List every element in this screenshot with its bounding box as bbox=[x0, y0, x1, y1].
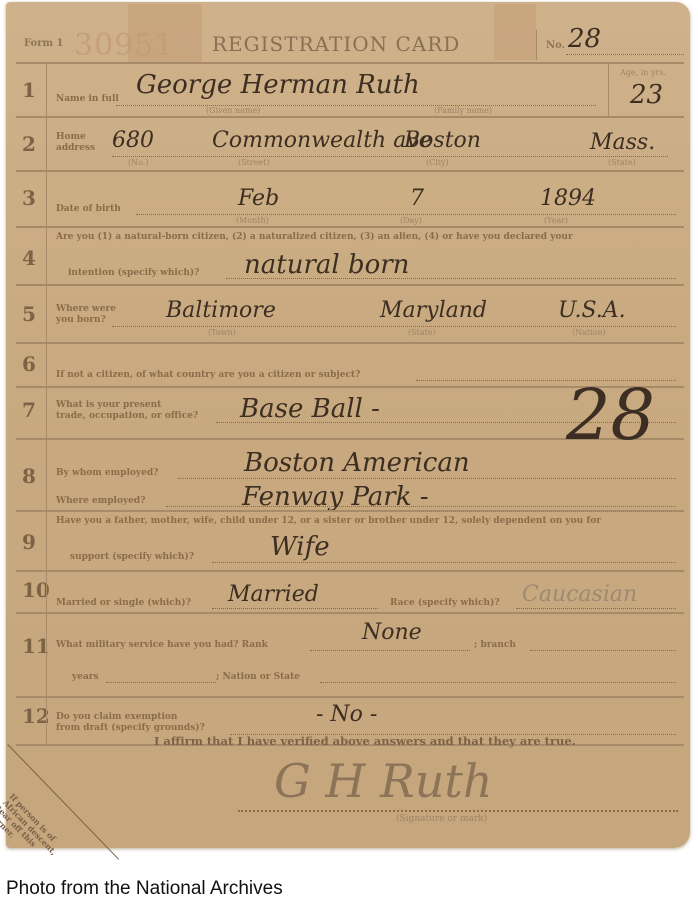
dotted-line bbox=[212, 608, 378, 609]
branch-label: ; branch bbox=[474, 640, 516, 651]
dob-label: Date of birth bbox=[56, 204, 121, 215]
occupation-label-1: What is your present bbox=[56, 400, 161, 411]
sublabel: (Street) bbox=[238, 158, 269, 167]
divider bbox=[46, 344, 47, 388]
row-number: 8 bbox=[22, 464, 36, 488]
row-home-address: 2 Home address 680 Commonwealth ave Bost… bbox=[16, 116, 684, 172]
divider bbox=[46, 172, 47, 228]
dotted-line bbox=[112, 156, 668, 157]
dotted-line bbox=[566, 54, 684, 55]
row-number: 2 bbox=[22, 132, 36, 156]
marital-label: Married or single (which)? bbox=[56, 598, 191, 609]
citizenship-question: Are you (1) a natural-born citizen, (2) … bbox=[56, 232, 686, 243]
address-label: address bbox=[56, 143, 95, 154]
birth-month-value: Feb bbox=[238, 186, 279, 211]
corner-note: If person is of African descent, tear of… bbox=[0, 792, 70, 875]
race-value: Caucasian bbox=[522, 582, 637, 607]
dotted-line bbox=[116, 105, 596, 106]
sublabel: (Month) bbox=[236, 216, 269, 225]
sublabel: (Day) bbox=[400, 216, 422, 225]
years-label: years bbox=[72, 672, 99, 683]
divider bbox=[536, 30, 537, 60]
affirmation-text: I affirm that I have verified above answ… bbox=[154, 734, 576, 748]
registration-card: Form 1 30951 REGISTRATION CARD No. 28 1 … bbox=[6, 2, 690, 848]
exemption-value: - No - bbox=[316, 702, 377, 727]
home-label: Home bbox=[56, 132, 86, 143]
occupation-label-2: trade, occupation, or office? bbox=[56, 411, 198, 422]
dotted-line bbox=[310, 650, 470, 651]
birth-year-value: 1894 bbox=[540, 186, 596, 211]
dotted-line bbox=[516, 608, 676, 609]
citizenship-value: natural born bbox=[244, 250, 409, 280]
row-number: 9 bbox=[22, 530, 36, 554]
sublabel: (State) bbox=[608, 158, 636, 167]
serial-stamp: 30951 bbox=[74, 28, 174, 63]
sublabel: (Nation) bbox=[572, 328, 606, 337]
dependents-label: support (specify which)? bbox=[70, 552, 194, 563]
sublabel: (City) bbox=[426, 158, 449, 167]
divider bbox=[46, 440, 47, 512]
dotted-line bbox=[136, 214, 676, 215]
divider bbox=[46, 512, 47, 572]
divider bbox=[46, 614, 47, 698]
divider bbox=[46, 572, 47, 614]
birthplace-label-1: Where were bbox=[56, 304, 116, 315]
occupation-value: Base Ball - bbox=[240, 394, 380, 424]
row-number: 6 bbox=[22, 352, 36, 376]
card-header: Form 1 30951 REGISTRATION CARD No. 28 bbox=[6, 30, 690, 64]
sublabel: (Given name) bbox=[206, 106, 260, 115]
marital-value: Married bbox=[228, 582, 319, 607]
row-number: 7 bbox=[22, 398, 36, 422]
birth-day-value: 7 bbox=[410, 186, 424, 211]
form-label: Form 1 bbox=[24, 38, 64, 49]
side-annotation: 28 bbox=[566, 374, 655, 456]
exemption-label-2: from draft (specify grounds)? bbox=[56, 723, 205, 734]
street-value: Commonwealth ave bbox=[212, 128, 432, 153]
dotted-line bbox=[106, 682, 216, 683]
sublabel: (Year) bbox=[544, 216, 568, 225]
race-label: Race (specify which)? bbox=[390, 598, 500, 609]
name-label: Name in full bbox=[56, 94, 119, 105]
dotted-line bbox=[212, 562, 676, 563]
row-military-service: 11 What military service have you had? R… bbox=[16, 612, 684, 698]
nation-state-label: ; Nation or State bbox=[216, 672, 300, 683]
birth-nation-value: U.S.A. bbox=[558, 298, 626, 323]
house-number-value: 680 bbox=[112, 128, 154, 153]
birth-state-value: Maryland bbox=[380, 298, 487, 323]
signature: G H Ruth bbox=[274, 754, 492, 808]
dotted-line bbox=[320, 682, 676, 683]
employer-label: By whom employed? bbox=[56, 468, 158, 479]
employer-location-value: Fenway Park - bbox=[242, 482, 429, 512]
sublabel: (No.) bbox=[128, 158, 148, 167]
sublabel: (State) bbox=[408, 328, 436, 337]
card-number-value: 28 bbox=[568, 24, 601, 54]
divider bbox=[46, 286, 47, 344]
row-dependents: 9 Have you a father, mother, wife, child… bbox=[16, 510, 684, 572]
birthplace-label-2: you born? bbox=[56, 315, 106, 326]
dotted-line bbox=[178, 478, 676, 479]
row-number: 5 bbox=[22, 302, 36, 326]
divider bbox=[46, 698, 47, 744]
age-label: Age, in yrs. bbox=[620, 68, 666, 77]
divider bbox=[46, 64, 47, 118]
signature-line bbox=[238, 810, 678, 812]
row-name: 1 Name in full George Herman Ruth (Given… bbox=[16, 62, 684, 118]
birth-town-value: Baltimore bbox=[166, 298, 276, 323]
city-value: Boston bbox=[404, 128, 481, 153]
card-number-label: No. bbox=[546, 40, 565, 51]
row-date-of-birth: 3 Date of birth Feb 7 1894 (Month) (Day)… bbox=[16, 170, 684, 228]
row-citizenship: 4 Are you (1) a natural-born citizen, (2… bbox=[16, 226, 684, 286]
name-value: George Herman Ruth bbox=[136, 70, 420, 100]
exemption-label-1: Do you claim exemption bbox=[56, 712, 177, 723]
dependents-question: Have you a father, mother, wife, child u… bbox=[56, 516, 686, 527]
sublabel: (Family name) bbox=[434, 106, 492, 115]
row-birthplace: 5 Where were you born? Baltimore Marylan… bbox=[16, 284, 684, 344]
sublabel: (Town) bbox=[208, 328, 236, 337]
divider bbox=[608, 64, 609, 118]
dotted-line bbox=[530, 650, 676, 651]
divider bbox=[46, 118, 47, 172]
foreign-citizenship-label: If not a citizen, of what country are yo… bbox=[56, 370, 360, 381]
rank-value: None bbox=[362, 620, 422, 645]
signature-label: (Signature or mark) bbox=[396, 814, 487, 824]
card-title: REGISTRATION CARD bbox=[212, 32, 460, 56]
age-value: 23 bbox=[630, 80, 663, 110]
dotted-line bbox=[112, 326, 676, 327]
row-marital-race: 10 Married or single (which)? Married Ra… bbox=[16, 570, 684, 614]
employer-location-label: Where employed? bbox=[56, 496, 145, 507]
photo-caption: Photo from the National Archives bbox=[6, 878, 283, 900]
row-number: 4 bbox=[22, 246, 36, 270]
paper-stain bbox=[494, 4, 536, 60]
dependents-value: Wife bbox=[270, 532, 330, 562]
row-number: 1 bbox=[22, 78, 36, 102]
intention-label: intention (specify which)? bbox=[68, 268, 199, 279]
state-value: Mass. bbox=[590, 130, 655, 155]
military-label: What military service have you had? Rank bbox=[56, 640, 268, 651]
employer-value: Boston American bbox=[244, 448, 470, 478]
divider bbox=[46, 388, 47, 440]
divider bbox=[46, 228, 47, 286]
row-number: 3 bbox=[22, 186, 36, 210]
